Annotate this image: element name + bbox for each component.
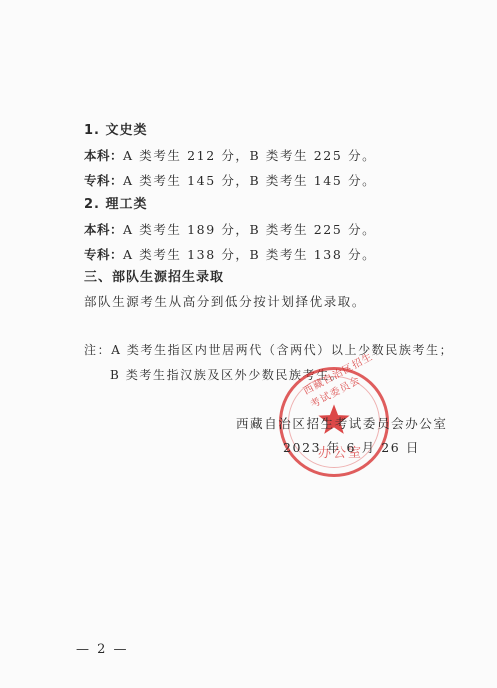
junior-scores: A 类考生 138 分，B 类考生 138 分。 bbox=[123, 247, 376, 262]
heading-science: 2. 理工类 bbox=[84, 197, 148, 213]
note-line-1: 注：A 类考生指区内世居两代（含两代）以上少数民族考生； bbox=[84, 342, 453, 358]
liberal-arts-undergrad-row: 本科：A 类考生 212 分，B 类考生 225 分。 bbox=[84, 148, 376, 164]
science-undergrad-row: 本科：A 类考生 189 分，B 类考生 225 分。 bbox=[84, 222, 376, 238]
undergrad-label: 本科： bbox=[84, 148, 123, 163]
heading-military: 三、部队生源招生录取 bbox=[84, 270, 224, 286]
heading-liberal-arts: 1. 文史类 bbox=[84, 123, 148, 139]
junior-label: 专科： bbox=[84, 247, 123, 262]
junior-scores: A 类考生 145 分，B 类考生 145 分。 bbox=[123, 173, 376, 188]
page-number: — 2 — bbox=[76, 642, 129, 657]
document-page: 1. 文史类 本科：A 类考生 212 分，B 类考生 225 分。 专科：A … bbox=[0, 0, 497, 688]
signature-date: 2023 年 6 月 26 日 bbox=[283, 438, 420, 456]
science-junior-row: 专科：A 类考生 138 分，B 类考生 138 分。 bbox=[84, 247, 376, 263]
signature-organization: 西藏自治区招生考试委员会办公室 bbox=[236, 414, 448, 432]
undergrad-scores: A 类考生 212 分，B 类考生 225 分。 bbox=[123, 148, 376, 163]
undergrad-label: 本科： bbox=[84, 222, 123, 237]
junior-label: 专科： bbox=[84, 173, 123, 188]
liberal-arts-junior-row: 专科：A 类考生 145 分，B 类考生 145 分。 bbox=[84, 173, 376, 189]
undergrad-scores: A 类考生 189 分，B 类考生 225 分。 bbox=[123, 222, 376, 237]
military-body: 部队生源考生从高分到低分按计划择优录取。 bbox=[84, 294, 366, 310]
